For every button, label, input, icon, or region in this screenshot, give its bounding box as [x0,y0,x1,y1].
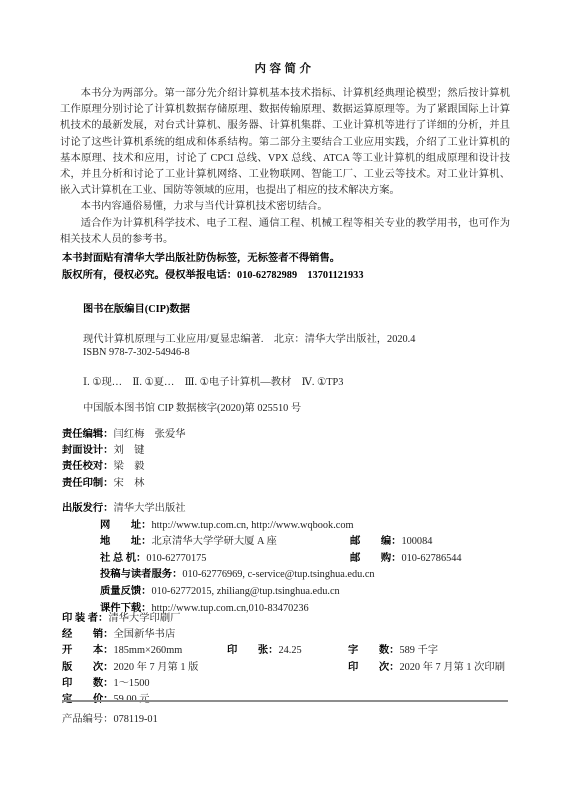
proofreader-name: 梁 毅 [113,461,144,472]
book-copyright-page: 内容简介 本书分为两部分。第一部分先介绍计算机基本技术指标、计算机经典理论模型；… [0,0,569,800]
publisher-name: 清华大学出版社 [113,503,185,514]
impression-label: 印 次： [348,662,399,673]
edition-value: 2020 年 7 月第 1 版 [113,662,198,673]
mail-order-group: 邮 购：010-62786544 [350,551,462,568]
isbn-line: ISBN 978-7-302-54946-8 [83,347,190,358]
footer-divider [62,700,508,702]
printing-specs-section: 印 装 者：清华大学印刷厂 经 销：全国新华书店 开 本：185mm×260mm… [0,611,569,708]
page-title: 内容简介 [0,60,569,76]
staff-credits-section: 责任编辑：闫红梅 张爱华 封面设计：刘 键 责任校对：梁 毅 责任印制：宋 林 [62,427,186,492]
distributor-row: 经 销：全国新华书店 [0,627,569,643]
sheets-group: 印 张：24.25 [227,643,302,659]
cip-record: 现代计算机原理与工业应用/夏显忠编著. 北京：清华大学出版社，2020.4 [83,330,415,345]
postcode-value: 100084 [401,536,432,547]
website-urls: http://www.tup.com.cn, http://www.wqbook… [151,520,353,531]
website-row: 网 址：http://www.tup.com.cn, http://www.wq… [0,518,569,535]
sheets-label: 印 张： [227,645,278,656]
edition-row: 版 次：2020 年 7 月第 1 版 印 次：2020 年 7 月第 1 次印… [0,660,569,676]
intro-paragraph-1: 本书分为两部分。第一部分先介绍计算机基本技术指标、计算机经典理论模型；然后按计算… [60,86,510,199]
proofreader-label: 责任校对： [62,461,113,472]
switchboard-label: 社 总 机： [100,553,146,564]
cip-header: 图书在版编目(CIP)数据 [83,300,190,315]
cip-registry-number: 中国版本图书馆 CIP 数据核字(2020)第 025510 号 [83,399,301,414]
address-label: 地 址： [100,536,151,547]
product-code-row: 产品编号：078119-01 [62,710,158,725]
quality-feedback-row: 质量反馈：010-62772015, zhiliang@tup.tsinghua… [0,584,569,601]
cip-classification: Ⅰ. ①现… Ⅱ. ①夏… Ⅲ. ①电子计算机—教材 Ⅳ. ①TP3 [83,373,343,388]
editor-names: 闫红梅 张爱华 [113,429,185,440]
wordcount-label: 字 数： [348,645,399,656]
publisher-row: 出版发行：清华大学出版社 [0,501,569,518]
anti-piracy-line: 本书封面贴有清华大学出版社防伪标签，无标签者不得销售。 [62,251,363,268]
intro-paragraph-3: 适合作为计算机科学技术、电子工程、通信工程、机械工程等相关专业的教学用书，也可作… [60,216,510,248]
printer-name: 清华大学印刷厂 [108,613,180,624]
reader-service-contact: 010-62776969, c-service@tup.tsinghua.edu… [182,569,374,580]
product-code-label: 产品编号： [62,714,113,725]
staff-row-proofreader: 责任校对：梁 毅 [62,459,186,475]
format-value: 185mm×260mm [113,645,182,656]
address-value: 北京清华大学学研大厦 A 座 [151,536,276,547]
postcode-group: 邮 编：100084 [350,534,432,551]
switchboard-row: 社 总 机：010-62770175 邮 购：010-62786544 [0,551,569,568]
print-supervisor-name: 宋 林 [113,478,144,489]
printer-row: 印 装 者：清华大学印刷厂 [0,611,569,627]
intro-paragraph-2: 本书内容通俗易懂，力求与当代计算机技术密切结合。 [60,199,510,215]
website-label: 网 址： [100,520,151,531]
cover-design-label: 封面设计： [62,445,113,456]
address-row: 地 址：北京清华大学学研大厦 A 座 邮 编：100084 [0,534,569,551]
print-run-label: 印 数： [62,678,113,689]
print-run-row: 印 数：1～1500 [0,676,569,692]
print-run-value: 1～1500 [113,678,149,689]
sheets-value: 24.25 [278,645,301,656]
reader-service-row: 投稿与读者服务：010-62776969, c-service@tup.tsin… [0,567,569,584]
legal-notice-section: 本书封面贴有清华大学出版社防伪标签，无标签者不得销售。 版权所有，侵权必究。侵权… [62,251,363,284]
quality-feedback-contact: 010-62772015, zhiliang@tup.tsinghua.edu.… [151,586,339,597]
printer-label: 印 装 者： [62,613,108,624]
intro-section: 本书分为两部分。第一部分先介绍计算机基本技术指标、计算机经典理论模型；然后按计算… [60,86,510,248]
product-code-value: 078119-01 [113,714,157,725]
publisher-label: 出版发行： [62,503,113,514]
cover-design-name: 刘 键 [113,445,144,456]
staff-row-editor: 责任编辑：闫红梅 张爱华 [62,427,186,443]
distributor-label: 经 销： [62,629,113,640]
staff-row-print-supervisor: 责任印制：宋 林 [62,476,186,492]
publisher-section: 出版发行：清华大学出版社 网 址：http://www.tup.com.cn, … [0,501,569,617]
postcode-label: 邮 编： [350,536,401,547]
wordcount-value: 589 千字 [399,645,438,656]
staff-row-cover-design: 封面设计：刘 键 [62,443,186,459]
format-label: 开 本： [62,645,113,656]
editor-label: 责任编辑： [62,429,113,440]
mail-order-phone: 010-62786544 [401,553,461,564]
distributor-name: 全国新华书店 [113,629,175,640]
impression-group: 印 次：2020 年 7 月第 1 次印刷 [348,660,505,676]
quality-feedback-label: 质量反馈： [100,586,151,597]
format-row: 开 本：185mm×260mm 印 张：24.25 字 数：589 千字 [0,643,569,659]
mail-order-label: 邮 购： [350,553,401,564]
reader-service-label: 投稿与读者服务： [100,569,182,580]
edition-label: 版 次： [62,662,113,673]
print-supervisor-label: 责任印制： [62,478,113,489]
copyright-hotline-line: 版权所有，侵权必究。侵权举报电话：010-62782989 1370112193… [62,268,363,285]
impression-value: 2020 年 7 月第 1 次印刷 [399,662,505,673]
switchboard-phone: 010-62770175 [146,553,206,564]
wordcount-group: 字 数：589 千字 [348,643,438,659]
